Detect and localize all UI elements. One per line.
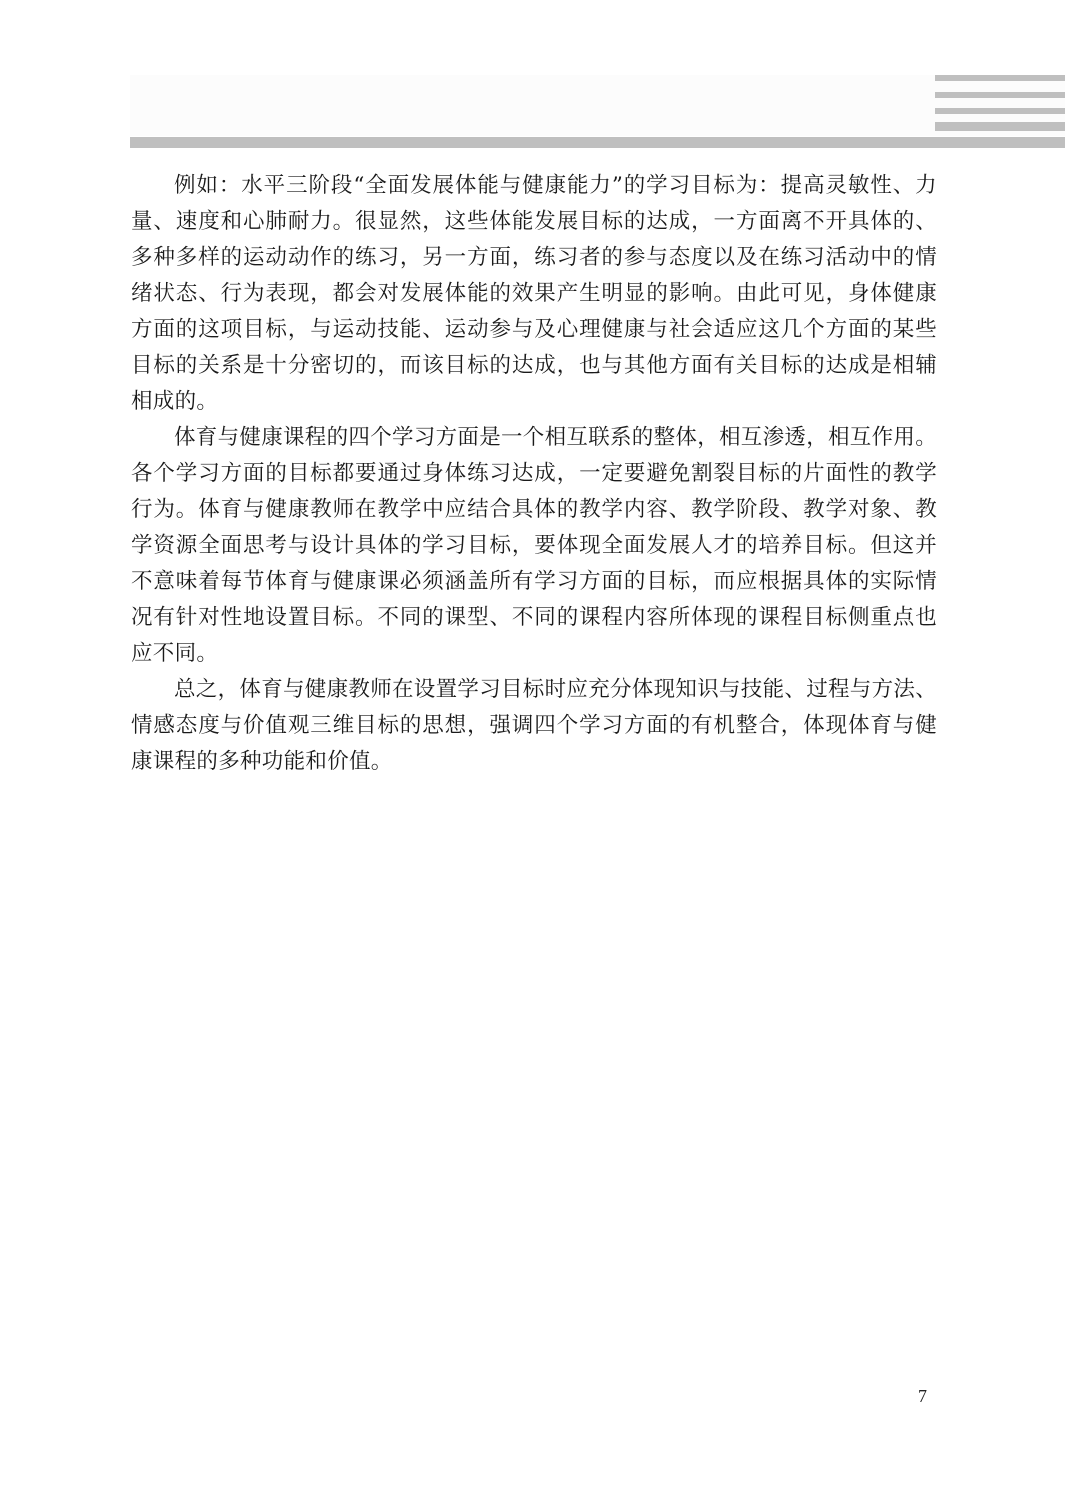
header-stripe-decoration [935, 75, 1065, 81]
paragraph: 总之，体育与健康教师在设置学习目标时应充分体现知识与技能、过程与方法、情感态度与… [131, 672, 937, 780]
page-number: 7 [918, 1386, 927, 1407]
body-text: 例如：水平三阶段“全面发展体能与健康能力”的学习目标为：提高灵敏性、力量、速度和… [131, 168, 937, 780]
paragraph: 例如：水平三阶段“全面发展体能与健康能力”的学习目标为：提高灵敏性、力量、速度和… [131, 168, 937, 420]
paragraph: 体育与健康课程的四个学习方面是一个相互联系的整体，相互渗透，相互作用。各个学习方… [131, 420, 937, 672]
header-stripe-decoration [935, 108, 1065, 114]
header-stripe-decoration [935, 122, 1065, 131]
header-band [130, 75, 1065, 136]
header-stripe-decoration [935, 92, 1065, 98]
header-rule [130, 137, 1065, 148]
